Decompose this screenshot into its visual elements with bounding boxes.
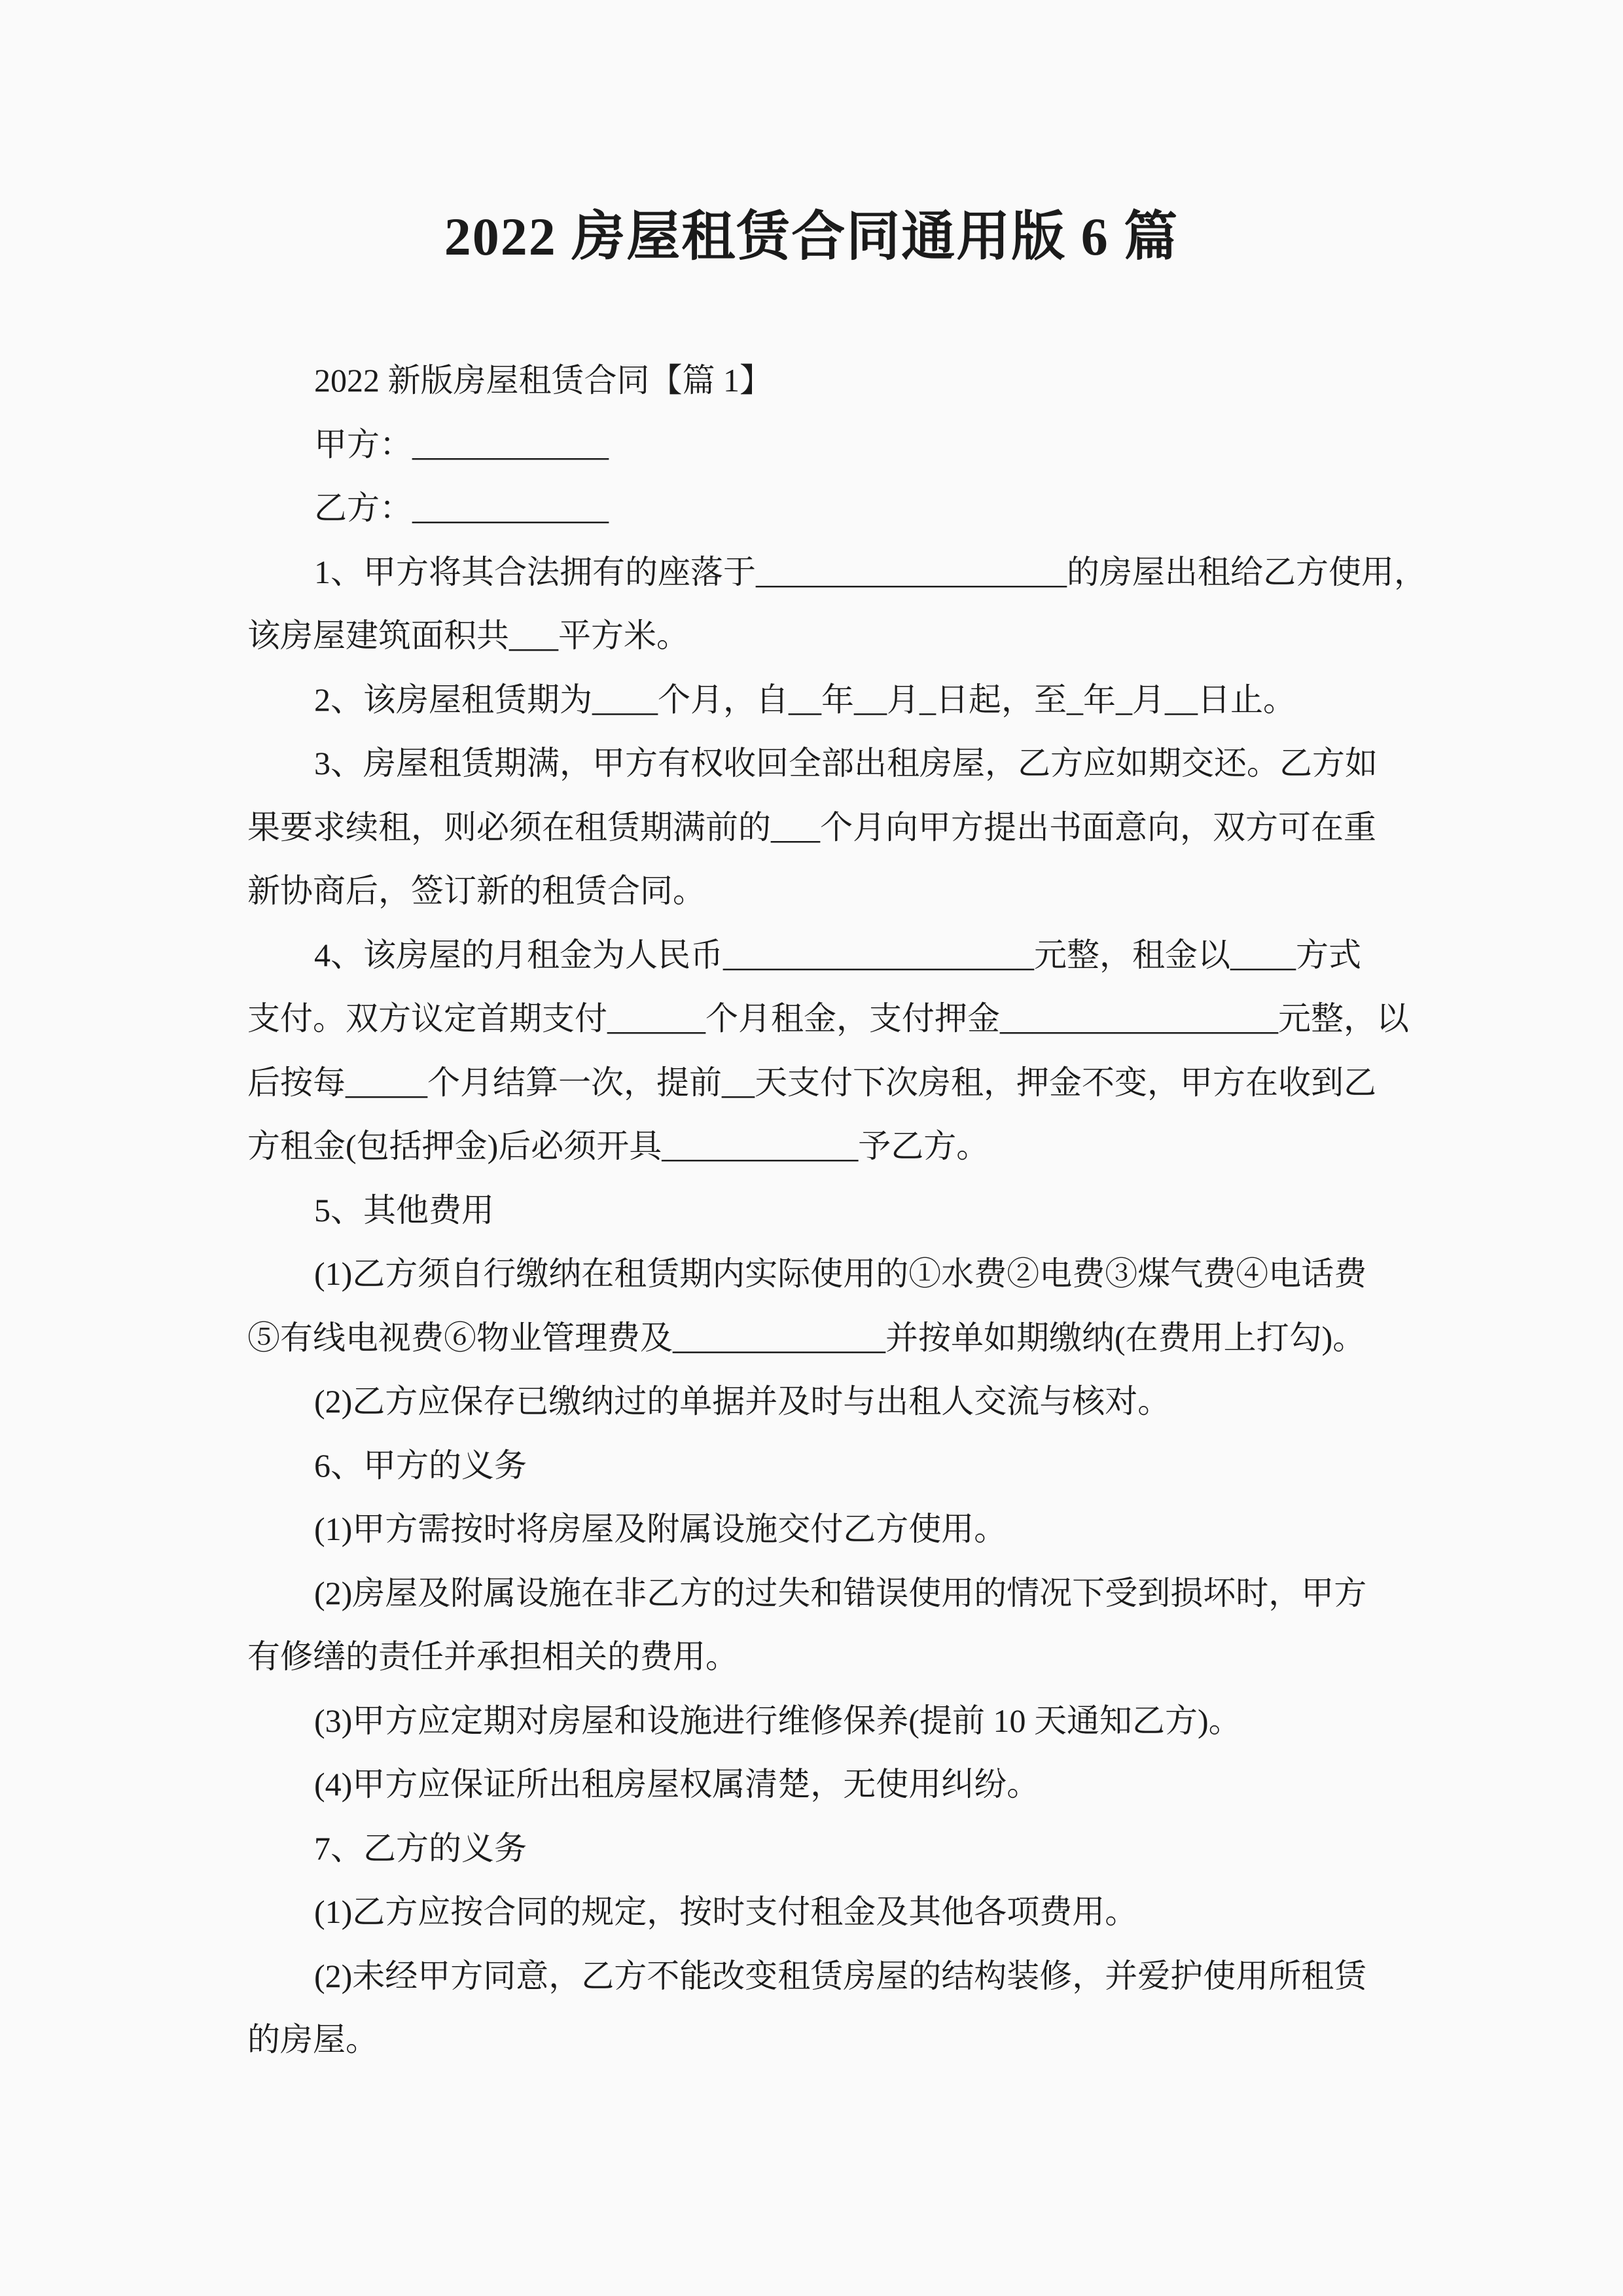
- document-line: (2)乙方应保存已缴纳过的单据并及时与出租人交流与核对。: [247, 1370, 1412, 1434]
- document-line: 果要求续租，则必须在租赁期满前的___个月向甲方提出书面意向，双方可在重: [247, 796, 1412, 860]
- document-line: 1、甲方将其合法拥有的座落于___________________的房屋出租给乙…: [247, 541, 1412, 605]
- document-line: (1)乙方应按合同的规定，按时支付租金及其他各项费用。: [247, 1880, 1412, 1945]
- document-line: 5、其他费用: [247, 1179, 1412, 1243]
- document-line: 后按每_____个月结算一次，提前__天支付下次房租，押金不变，甲方在收到乙: [247, 1051, 1412, 1115]
- document-line: ⑤有线电视费⑥物业管理费及_____________并按单如期缴纳(在费用上打勾…: [247, 1306, 1412, 1371]
- document-line: 有修缮的责任并承担相关的费用。: [247, 1625, 1412, 1689]
- document-line: (3)甲方应定期对房屋和设施进行维修保养(提前 10 天通知乙方)。: [247, 1689, 1412, 1753]
- document-line: 支付。双方议定首期支付______个月租金，支付押金______________…: [247, 987, 1412, 1051]
- document-line: 6、甲方的义务: [247, 1434, 1412, 1498]
- document-line: (2)未经甲方同意，乙方不能改变租赁房屋的结构装修，并爱护使用所租赁: [247, 1945, 1412, 2009]
- document-line: 乙方：____________: [247, 476, 1412, 541]
- document-title: 2022 房屋租赁合同通用版 6 篇: [0, 194, 1623, 270]
- document-body: 2022 新版房屋租赁合同【篇 1】甲方：____________乙方：____…: [247, 349, 1412, 2072]
- document-line: (1)甲方需按时将房屋及附属设施交付乙方使用。: [247, 1498, 1412, 1562]
- document-page: 2022 房屋租赁合同通用版 6 篇 2022 新版房屋租赁合同【篇 1】甲方：…: [0, 0, 1623, 2296]
- document-line: (4)甲方应保证所出租房屋权属清楚，无使用纠纷。: [247, 1753, 1412, 1817]
- document-line: 3、房屋租赁期满，甲方有权收回全部出租房屋，乙方应如期交还。乙方如: [247, 732, 1412, 796]
- document-line: 7、乙方的义务: [247, 1817, 1412, 1881]
- document-line: 2022 新版房屋租赁合同【篇 1】: [247, 349, 1412, 413]
- document-line: 的房屋。: [247, 2008, 1412, 2072]
- document-line: 新协商后，签订新的租赁合同。: [247, 859, 1412, 924]
- document-line: 方租金(包括押金)后必须开具____________予乙方。: [247, 1115, 1412, 1179]
- document-line: 甲方：____________: [247, 413, 1412, 477]
- document-line: (2)房屋及附属设施在非乙方的过失和错误使用的情况下受到损坏时，甲方: [247, 1562, 1412, 1626]
- document-line: 4、该房屋的月租金为人民币___________________元整，租金以__…: [247, 924, 1412, 988]
- document-line: 2、该房屋租赁期为____个月，自__年__月_日起，至_年_月__日止。: [247, 668, 1412, 732]
- document-line: 该房屋建筑面积共___平方米。: [247, 604, 1412, 668]
- document-line: (1)乙方须自行缴纳在租赁期内实际使用的①水费②电费③煤气费④电话费: [247, 1242, 1412, 1306]
